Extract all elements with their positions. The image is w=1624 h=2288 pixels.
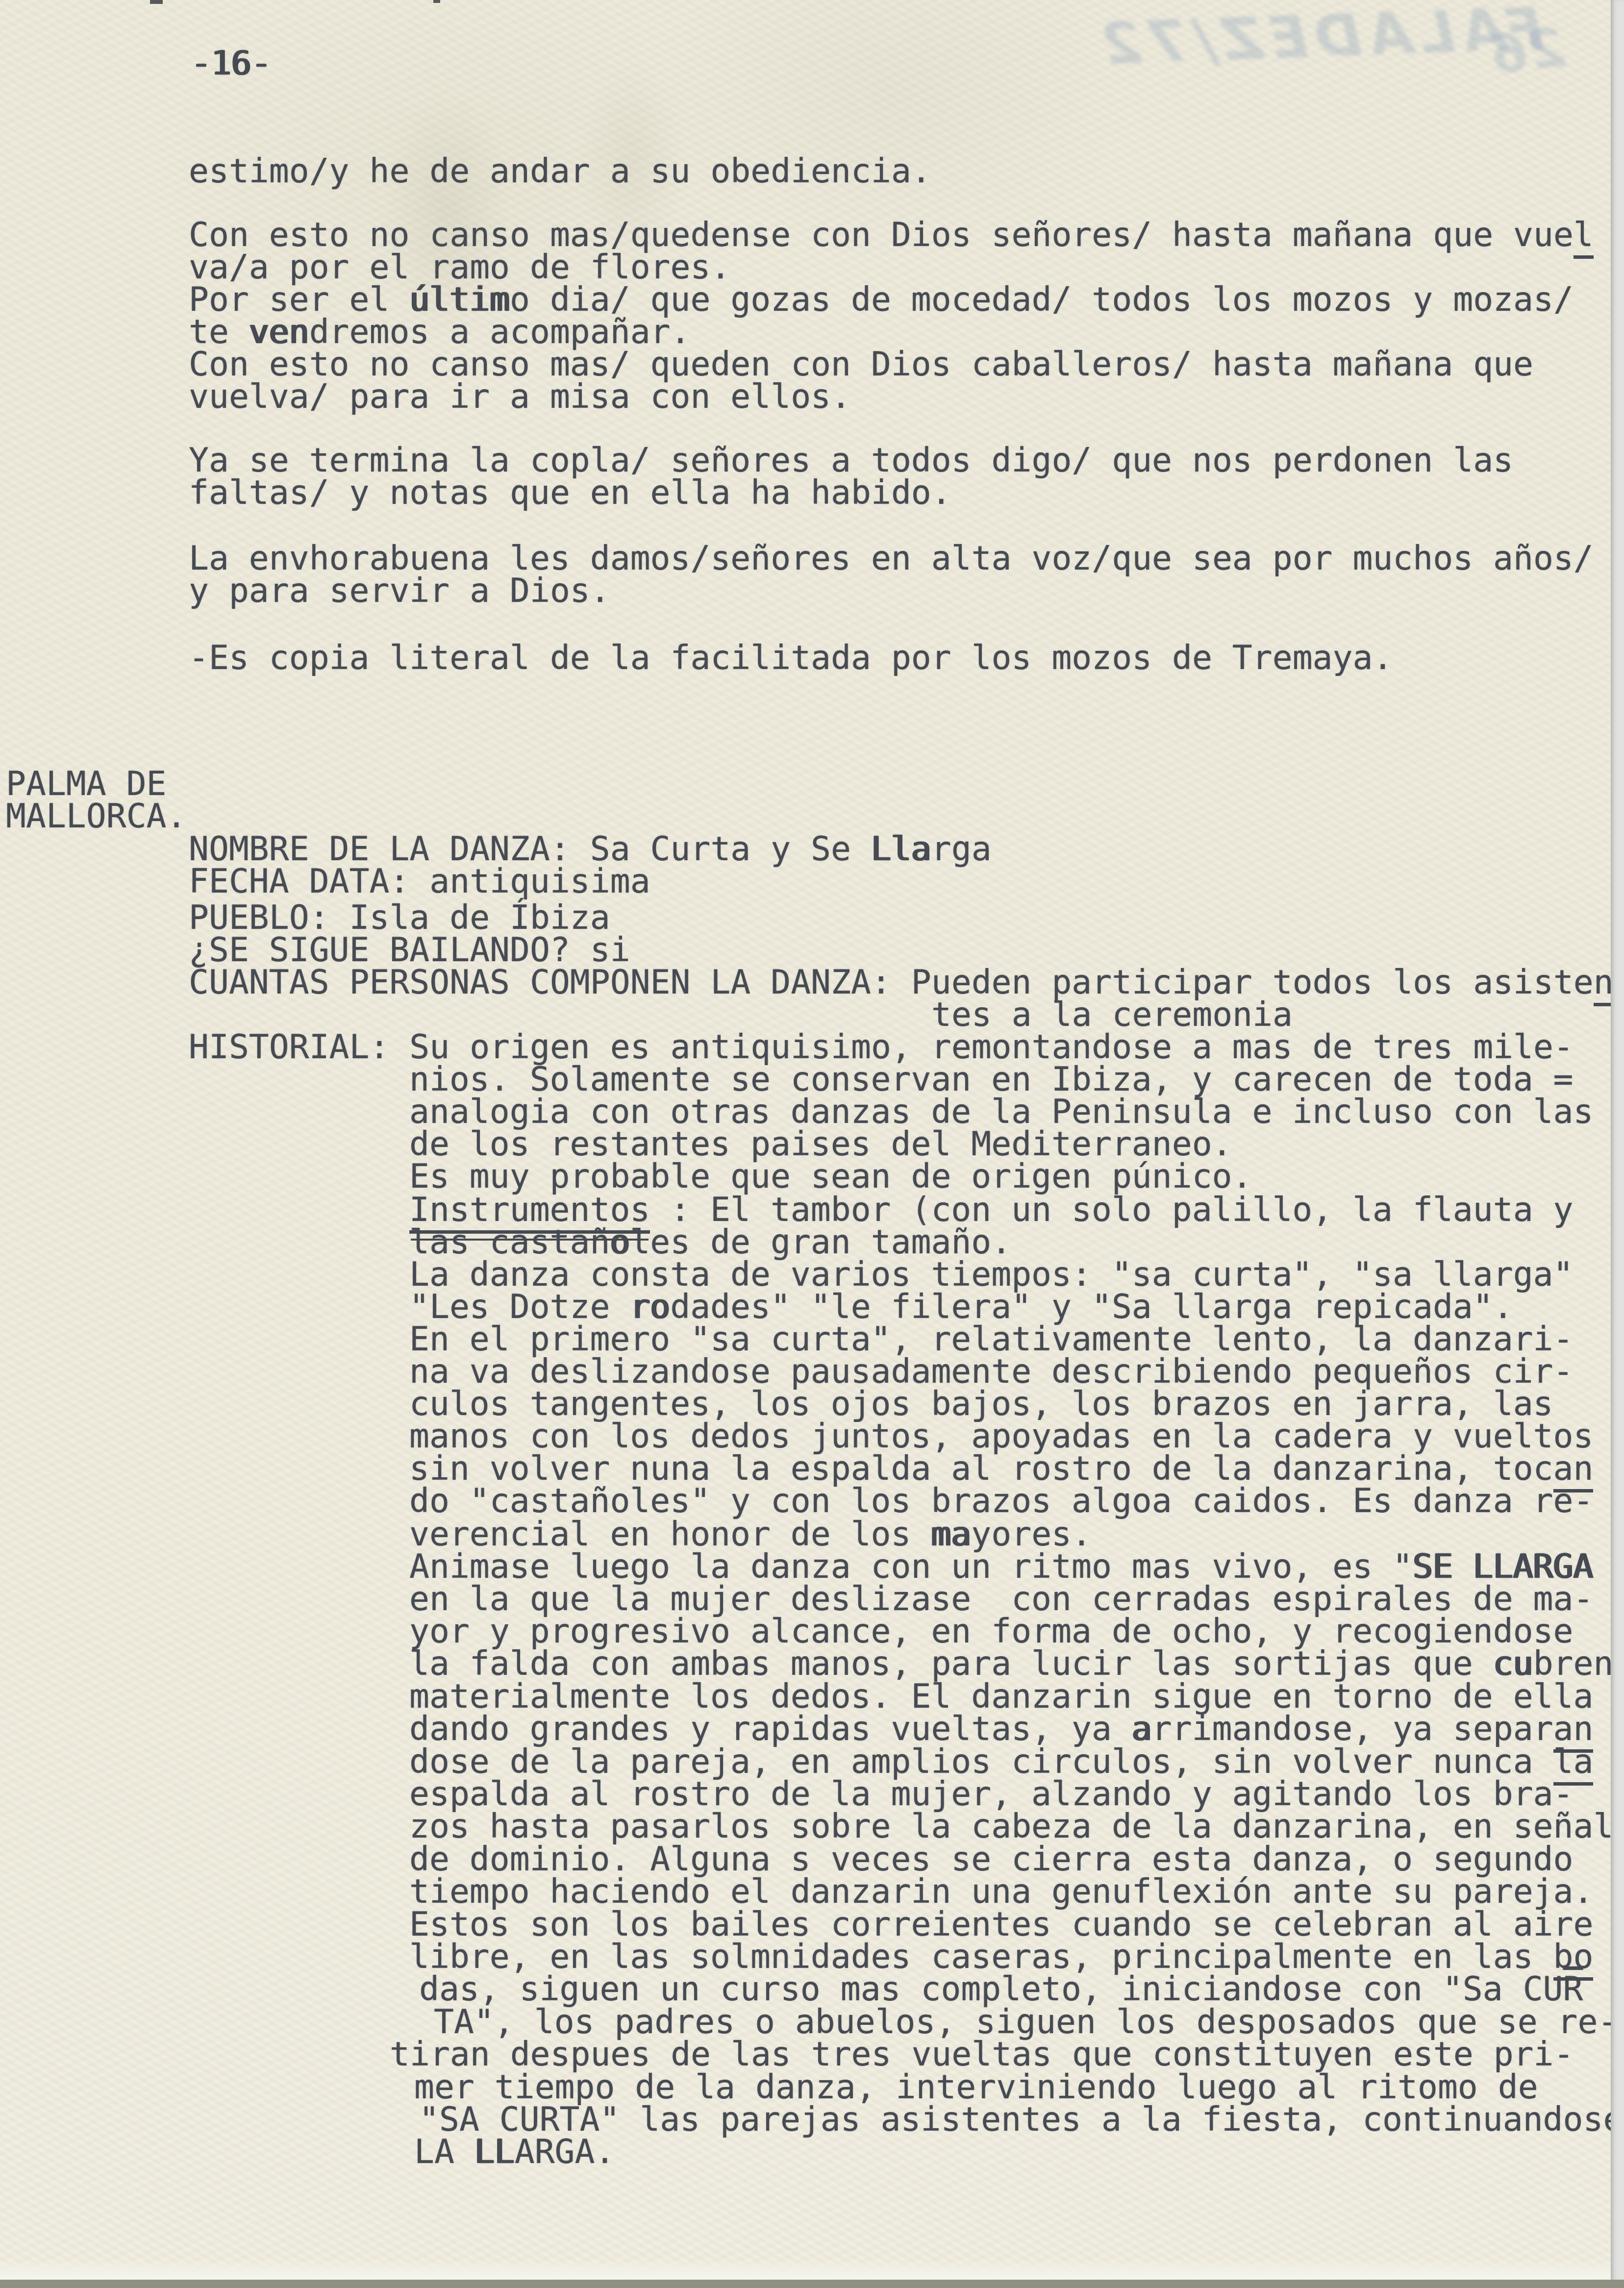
typed-line: y para servir a Dios. bbox=[189, 574, 610, 608]
typed-line: tiempo haciendo el danzarin una genuflex… bbox=[409, 1875, 1593, 1909]
typed-line: Estos son los bailes correientes cuando … bbox=[409, 1908, 1593, 1942]
typed-line: La envhorabuena les damos/señores en alt… bbox=[189, 542, 1594, 576]
typed-line: CUANTAS PERSONAS COMPONEN LA DANZA: Pued… bbox=[189, 966, 1614, 1000]
typed-line: te vendremos a acompañar. bbox=[189, 315, 691, 349]
typed-line: En el primero "sa curta", relativamente … bbox=[409, 1322, 1574, 1357]
typed-line: vuelva/ para ir a misa con ellos. bbox=[189, 380, 851, 414]
typed-line: "SA CURTA" las parejas asistentes a la f… bbox=[419, 2103, 1623, 2137]
document-page: FALADEZ/72 26 -16-estimo/y he de andar a… bbox=[0, 0, 1624, 2288]
typed-line: -Es copia literal de la facilitada por l… bbox=[189, 641, 1393, 675]
ink-bleedthrough-mark: 26 bbox=[1487, 16, 1569, 86]
typed-line: materialmente los dedos. El danzarin sig… bbox=[409, 1680, 1593, 1714]
typed-line: FECHA DATA: antiquisima bbox=[189, 865, 650, 899]
typed-line: yor y progresivo alcance, en forma de oc… bbox=[409, 1615, 1574, 1649]
typed-line: culos tangentes, los ojos bajos, los bra… bbox=[409, 1387, 1553, 1421]
typed-line: LA LLARGA. bbox=[414, 2135, 615, 2169]
typed-text: MALLORCA. bbox=[6, 797, 186, 836]
typed-line: de dominio. Alguna s veces se cierra est… bbox=[409, 1842, 1574, 1877]
typed-line: mer tiempo de la danza, interviniendo lu… bbox=[414, 2070, 1538, 2105]
typed-line: Con esto no canso mas/quedense con Dios … bbox=[189, 218, 1594, 252]
typed-text: FECHA DATA: antiquisima bbox=[189, 862, 650, 901]
typed-line: Con esto no canso mas/ queden con Dios c… bbox=[189, 348, 1533, 382]
typed-line: verencial en honor de los mayores. bbox=[409, 1517, 1092, 1552]
typed-line: nios. Solamente se conservan en Ibiza, y… bbox=[409, 1063, 1574, 1097]
typed-text: -Es copia literal de la facilitada por l… bbox=[189, 639, 1393, 677]
scanner-background-bottom bbox=[0, 2280, 1624, 2288]
typed-line: zos hasta pasarlos sobre la cabeza de la… bbox=[409, 1810, 1613, 1844]
typed-line: Animase luego la danza con un ritmo mas … bbox=[409, 1550, 1593, 1584]
typed-text: y para servir a Dios. bbox=[189, 572, 610, 610]
typed-line: libre, en las solmnidades caseras, princ… bbox=[409, 1940, 1593, 1974]
typed-line: La danza consta de varios tiempos: "sa c… bbox=[409, 1258, 1574, 1292]
typed-line: TA", los padres o abuelos, siguen los de… bbox=[434, 2005, 1618, 2039]
typed-line: analogia con otras danzas de la Peninsul… bbox=[409, 1095, 1593, 1129]
typed-text: rga bbox=[931, 830, 992, 869]
typed-line: manos con los dedos juntos, apoyadas en … bbox=[409, 1419, 1593, 1454]
typed-line: PUEBLO: Isla de Íbiza bbox=[189, 901, 610, 935]
scanner-background-right bbox=[1611, 0, 1624, 2288]
typed-text: faltas/ y notas que en ella ha habido. bbox=[189, 473, 951, 512]
typed-line: de los restantes paises del Mediterraneo… bbox=[409, 1127, 1232, 1162]
typed-line: en la que la mujer deslizase con cerrada… bbox=[409, 1582, 1593, 1617]
overtyped-text: Lla bbox=[871, 830, 931, 869]
typed-line: do "castañoles" y con los brazos algoa c… bbox=[409, 1484, 1593, 1518]
underlined-text: l bbox=[1574, 218, 1594, 259]
typed-text: estimo/y he de andar a su obediencia. bbox=[189, 152, 931, 191]
scan-artifact bbox=[433, 0, 440, 3]
paper-bottom-edge bbox=[0, 2260, 1614, 2280]
ink-bleedthrough-handwriting: FALADEZ/72 bbox=[1014, 0, 1545, 81]
typed-text: vuelva/ para ir a misa con ellos. bbox=[189, 377, 851, 416]
typed-line: estimo/y he de andar a su obediencia. bbox=[189, 154, 931, 189]
typed-line: PALMA DE bbox=[6, 767, 167, 801]
typed-line: Ya se termina la copla/ señores a todos … bbox=[189, 444, 1513, 478]
typed-line: dose de la pareja, en amplios circulos, … bbox=[409, 1745, 1593, 1779]
typed-line: -16- bbox=[191, 47, 272, 81]
typed-line: MALLORCA. bbox=[6, 799, 186, 834]
typed-line: tiran despues de las tres vueltas que co… bbox=[390, 2038, 1574, 2072]
typed-line: na va deslizandose pausadamente describi… bbox=[409, 1355, 1574, 1389]
typed-line: espalda al rostro de la mujer, alzando y… bbox=[409, 1777, 1574, 1812]
typed-line: sin volver nuna la espalda al rostro de … bbox=[409, 1452, 1593, 1486]
typed-text: LA bbox=[414, 2133, 475, 2171]
typed-line: dando grandes y rapidas vueltas, ya arri… bbox=[409, 1712, 1593, 1746]
typed-line: faltas/ y notas que en ella ha habido. bbox=[189, 476, 951, 510]
typed-line: HISTORIAL: Su origen es antiquisimo, rem… bbox=[189, 1030, 1574, 1065]
typed-line: NOMBRE DE LA DANZA: Sa Curta y Se Llarga bbox=[189, 832, 992, 867]
overtyped-text: LL bbox=[475, 2133, 515, 2171]
typed-line: "Les Dotze rodades" "le filera" y "Sa ll… bbox=[409, 1290, 1513, 1324]
typed-line: la falda con ambas manos, para lucir las… bbox=[409, 1647, 1613, 1681]
typed-line: Instrumentos : El tambor (con un solo pa… bbox=[409, 1193, 1574, 1227]
typed-line: Por ser el último dia/ que gozas de moce… bbox=[189, 283, 1574, 317]
typed-line: ¿SE SIGUE BAILANDO? si bbox=[189, 933, 630, 968]
typed-line: las castañoles de gran tamaño. bbox=[409, 1225, 1011, 1260]
typed-line: Es muy probable que sean de origen púnic… bbox=[409, 1160, 1252, 1194]
typed-line: das, siguen un curso mas completo, inici… bbox=[419, 1972, 1583, 2007]
overtyped-text: -16- bbox=[191, 44, 272, 83]
typed-line: va/a por el ramo de flores. bbox=[189, 250, 730, 285]
scan-artifact bbox=[150, 0, 163, 4]
typed-text: ARGA. bbox=[515, 2133, 615, 2171]
typed-line: tes a la ceremonia bbox=[931, 998, 1293, 1032]
typed-text: CUANTAS PERSONAS COMPONEN LA DANZA: Pued… bbox=[189, 963, 1594, 1002]
